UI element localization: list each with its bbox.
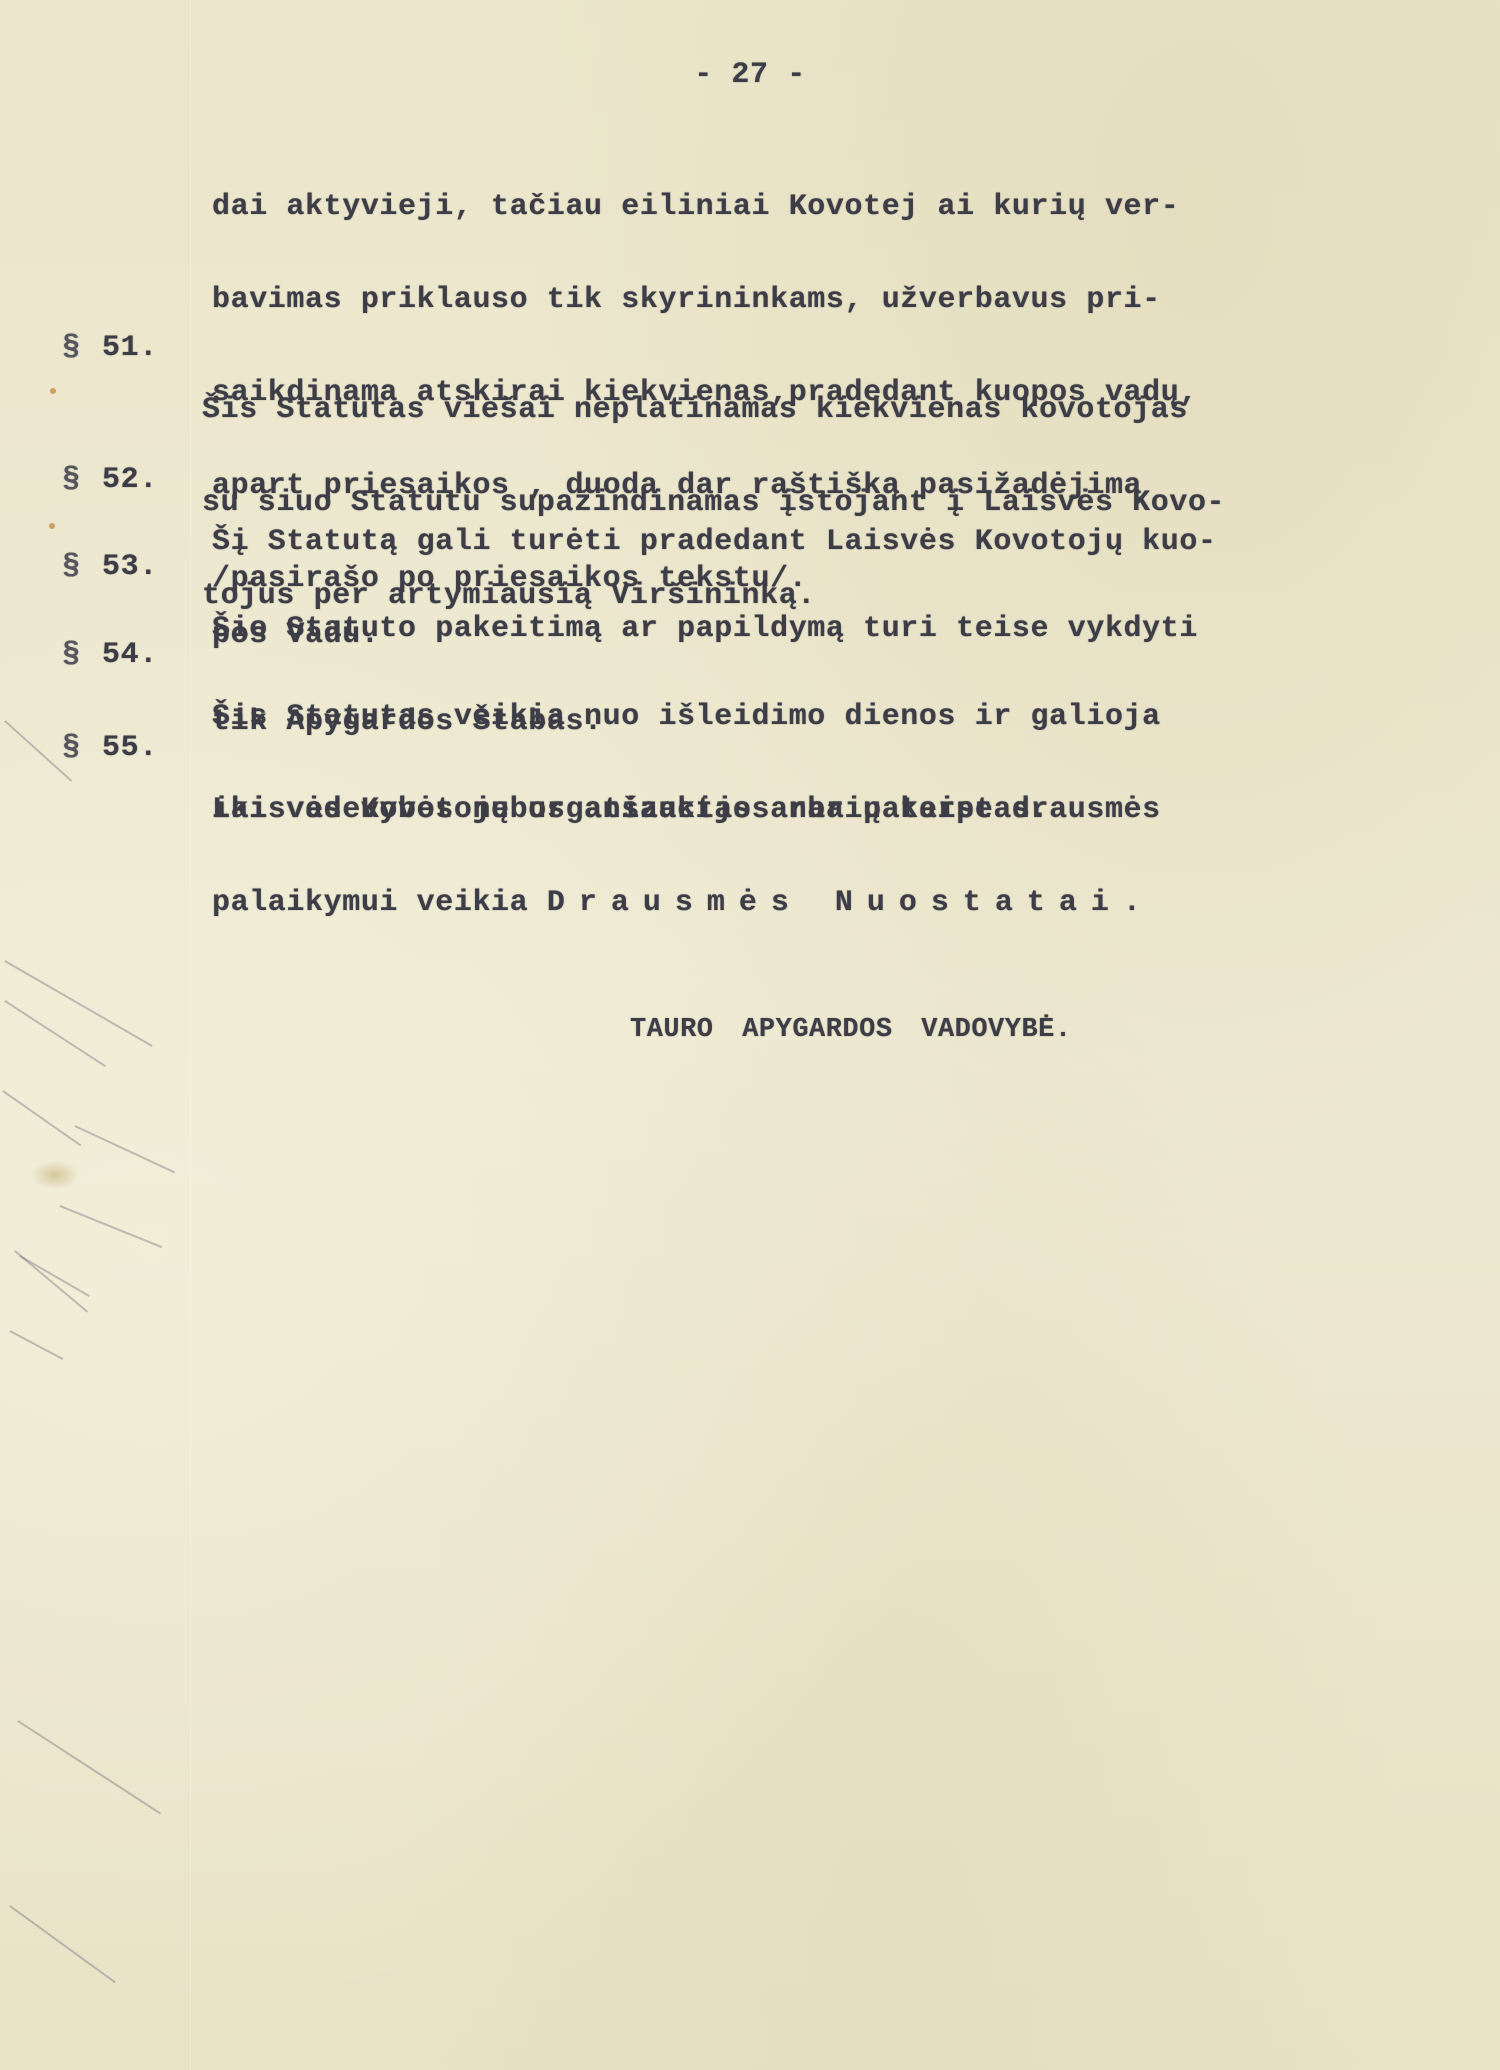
document-page: - 27 - dai aktyvieji, tačiau eiliniai Ko… xyxy=(0,0,1500,2070)
section-body: Laisvės Kovotojų organizacijos narių tar… xyxy=(212,733,1161,981)
text-line: Šis Statutas viešai neplatinamas kiekvie… xyxy=(202,395,1225,426)
paper-scratch xyxy=(10,1905,116,1983)
text-line: Laisvės Kovotojų organizacijos narių tar… xyxy=(212,795,1161,826)
text-fragment: palaikymui veikia xyxy=(212,886,547,920)
paper-scratch xyxy=(20,1255,90,1296)
paper-stain xyxy=(30,1160,80,1190)
paper-scratch xyxy=(18,1720,161,1814)
paper-scratch xyxy=(75,1125,175,1173)
section-symbol: § xyxy=(62,733,102,981)
spaced-title-drausmes-nuostatai: Drausmės Nuostatai. xyxy=(547,886,1155,920)
section-number: 55. xyxy=(102,733,212,981)
rust-spot xyxy=(50,388,56,394)
text-line: palaikymui veikia Drausmės Nuostatai. xyxy=(212,888,1161,919)
paper-fold-line xyxy=(190,0,191,2070)
paper-scratch xyxy=(10,1330,64,1359)
text-line: Šis Statutas veikia nuo išleidimo dienos… xyxy=(212,702,1161,733)
section-55: § 55. Laisvės Kovotojų organizacijos nar… xyxy=(62,733,1161,981)
text-line: bavimas priklauso tik skyrininkams, užve… xyxy=(212,285,1198,316)
rust-spot xyxy=(49,523,55,529)
text-line: dai aktyvieji, tačiau eiliniai Kovotej a… xyxy=(212,192,1198,223)
paper-scratch xyxy=(3,1090,82,1146)
paper-scratch xyxy=(60,1205,163,1248)
signature-tauro-apygardos-vadovybe: TAURO APYGARDOS VADOVYBĖ. xyxy=(630,1015,1072,1045)
page-number: - 27 - xyxy=(0,60,1500,91)
